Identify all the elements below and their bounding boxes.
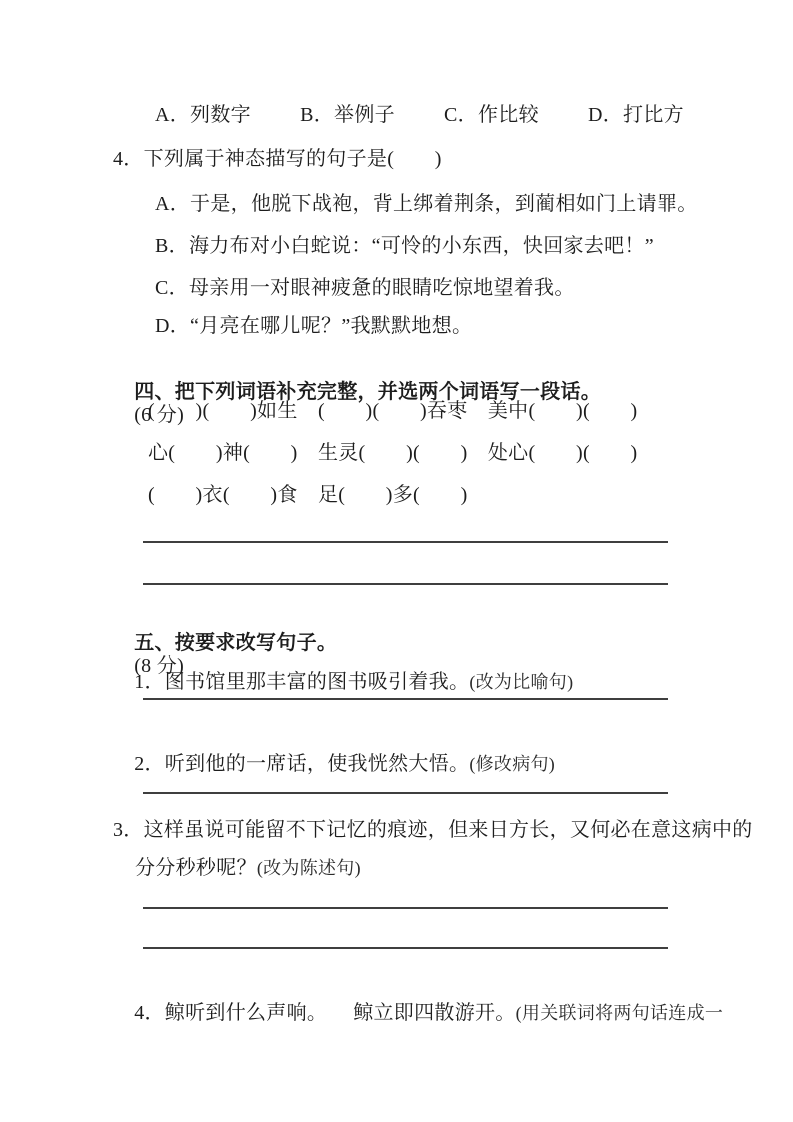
rewrite-item-2-text: 2．听到他的一席话，使我恍然大悟。: [134, 753, 469, 775]
q3-option-b: B．举例子: [300, 104, 395, 127]
rewrite-item-1: 1．图书馆里那丰富的图书吸引着我。(改为比喻句): [113, 648, 573, 717]
q4-option-d: D．“月亮在哪儿呢？”我默默地想。: [155, 315, 472, 338]
q3-option-a: A．列数字: [155, 104, 251, 127]
answer-line: [143, 907, 668, 909]
q3-options-row: A．列数字 B．举例子 C．作比较 D．打比方: [155, 104, 684, 127]
rewrite-item-2: 2．听到他的一席话，使我恍然大悟。(修改病句): [113, 730, 555, 799]
answer-line: [143, 947, 668, 949]
answer-line: [143, 792, 668, 794]
rewrite-item-4: 4．鲸听到什么声响。鲸立即四散游开。(用关联词将两句话连成一: [113, 979, 723, 1048]
exam-page: A．列数字 B．举例子 C．作比较 D．打比方 4．下列属于神态描写的句子是( …: [0, 0, 793, 1122]
q4-option-a: A．于是，他脱下战袍，背上绑着荆条，到蔺相如门上请罪。: [155, 193, 698, 216]
rewrite-item-2-note: (修改病句): [469, 754, 555, 774]
rewrite-item-4-text-first: 4．鲸听到什么声响。: [134, 1002, 327, 1024]
q4-stem: 4．下列属于神态描写的句子是( ): [113, 148, 442, 171]
rewrite-item-3-note: (改为陈述句): [257, 858, 361, 878]
answer-line: [143, 698, 668, 700]
word-row-2: 心( )神( ) 生灵( )( ) 处心( )( ): [148, 442, 638, 465]
answer-line: [143, 541, 668, 543]
q4-option-b: B．海力布对小白蛇说：“可怜的小东西，快回家去吧！”: [155, 235, 654, 258]
word-row-1: ( )( )如生 ( )( )吞枣 美中( )( ): [148, 400, 638, 423]
q3-option-d: D．打比方: [588, 104, 684, 127]
rewrite-item-1-note: (改为比喻句): [469, 672, 573, 692]
q4-option-c: C．母亲用一对眼神疲惫的眼睛吃惊地望着我。: [155, 277, 575, 300]
q3-option-c: C．作比较: [444, 104, 539, 127]
rewrite-item-4-note: (用关联词将两句话连成一: [516, 1003, 724, 1023]
rewrite-item-3-text: 3．这样虽说可能留不下记忆的痕迹，但来日方长，又何必在意这病中的分分秒秒呢？: [113, 819, 753, 879]
rewrite-item-3: 3．这样虽说可能留不下记忆的痕迹，但来日方长，又何必在意这病中的分分秒秒呢？(改…: [113, 811, 755, 887]
answer-line: [143, 583, 668, 585]
rewrite-item-1-text: 1．图书馆里那丰富的图书吸引着我。: [134, 671, 469, 693]
word-row-3: ( )衣( )食 足( )多( ): [148, 484, 468, 507]
rewrite-item-4-text-second: 鲸立即四散游开。: [353, 1002, 515, 1024]
